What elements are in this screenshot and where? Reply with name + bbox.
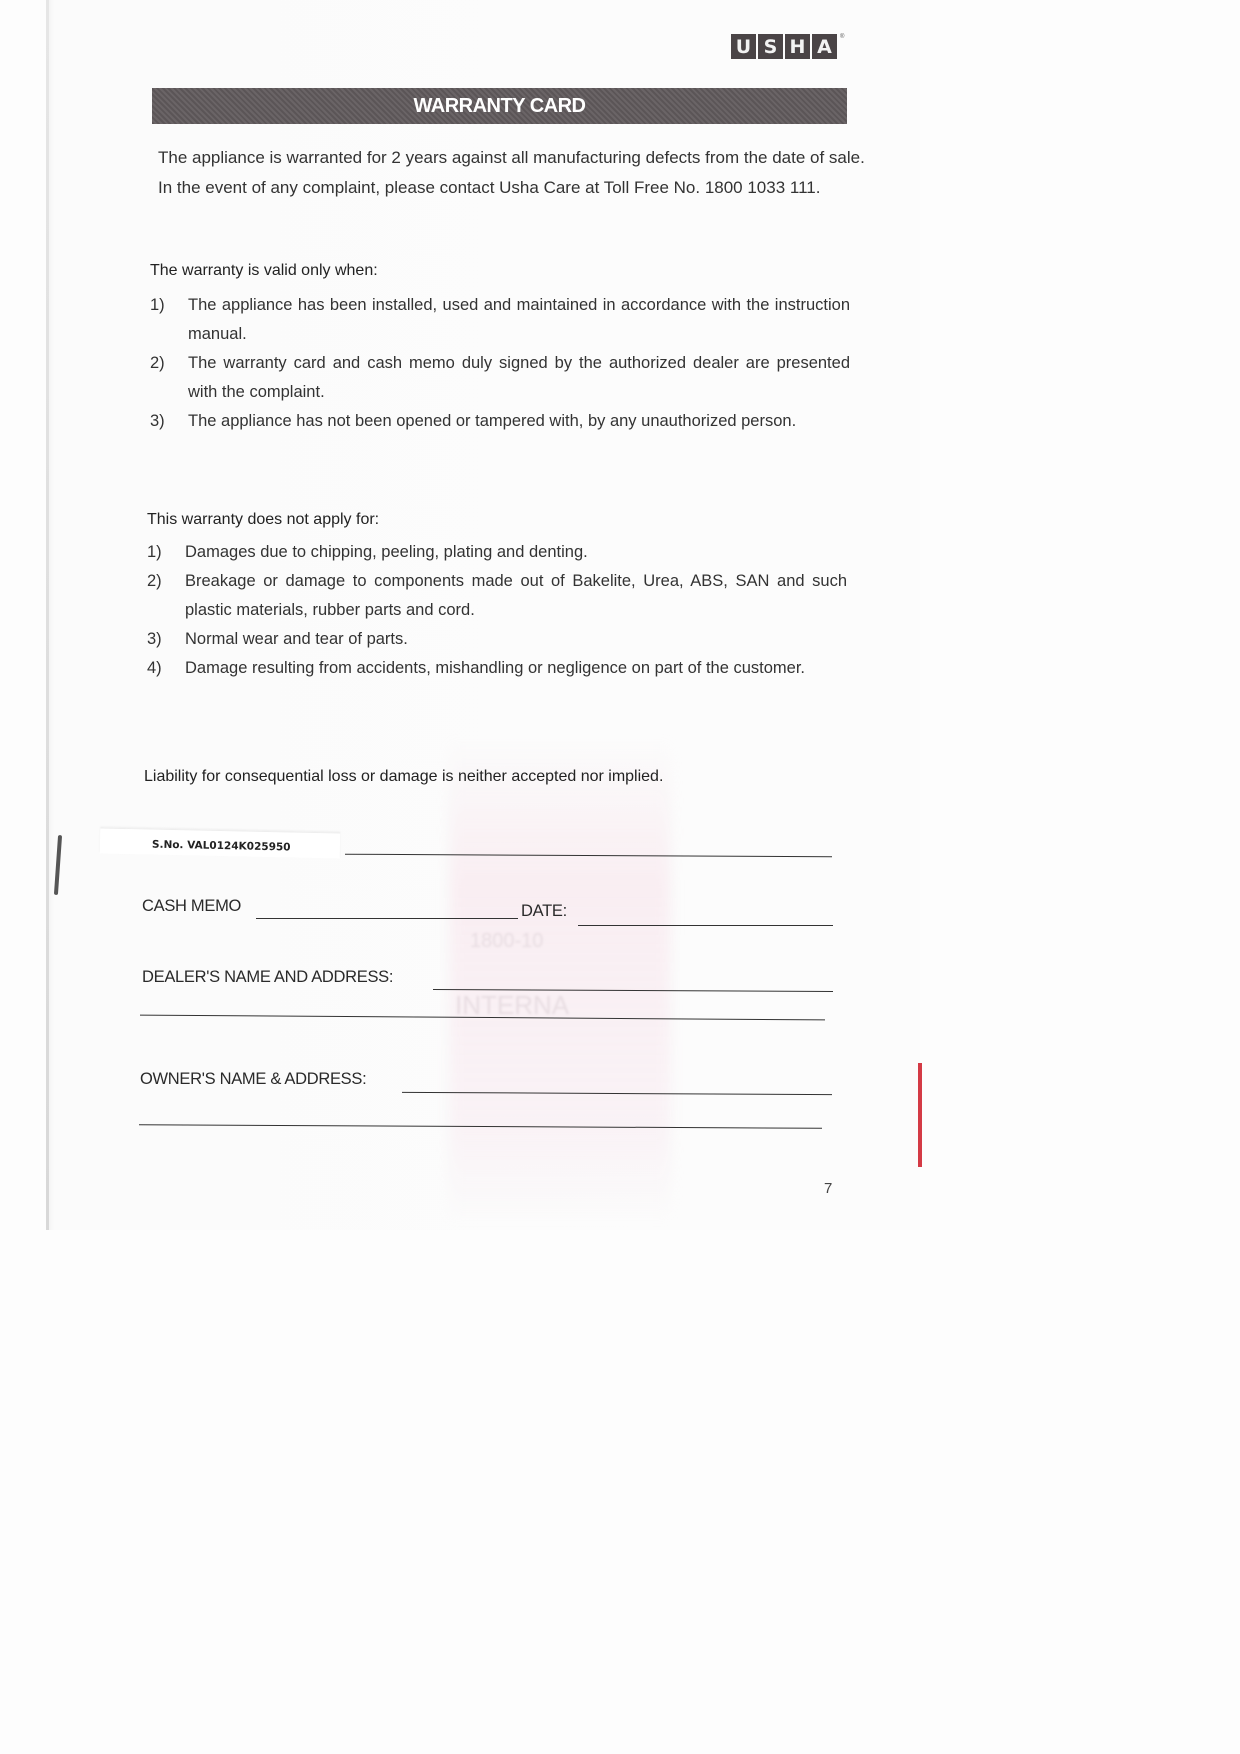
serial-number-sticker: S.No. VAL0124K025950 [100, 827, 340, 858]
list-text: Breakage or damage to components made ou… [185, 572, 847, 619]
list-number: 1) [147, 538, 162, 567]
owner-label: OWNER'S NAME & ADDRESS: [140, 1070, 366, 1089]
page-left-edge [46, 0, 49, 1230]
red-edge-mark [918, 1063, 922, 1167]
logo-letter: U [731, 34, 756, 59]
title-banner: WARRANTY CARD [152, 88, 847, 124]
list-number: 4) [147, 654, 162, 683]
list-number: 3) [150, 407, 165, 436]
list-item: 4) Damage resulting from accidents, mish… [147, 654, 847, 683]
list-item: 1) The appliance has been installed, use… [150, 291, 850, 349]
page-title: WARRANTY CARD [413, 95, 585, 118]
logo-letter: A [812, 34, 837, 59]
logo-letter: S [758, 34, 783, 59]
date-field[interactable] [578, 925, 833, 926]
intro-paragraph: The appliance is warranted for 2 years a… [158, 143, 868, 203]
list-item: 2) The warranty card and cash memo duly … [150, 349, 850, 407]
page-number: 7 [824, 1180, 832, 1197]
list-item: 2) Breakage or damage to components made… [147, 567, 847, 625]
dealer-label: DEALER'S NAME AND ADDRESS: [142, 968, 393, 987]
cash-memo-label: CASH MEMO [142, 897, 241, 916]
registered-mark: ® [840, 34, 844, 59]
list-text: The warranty card and cash memo duly sig… [188, 354, 850, 401]
ghost-text: 1800-10 [470, 930, 543, 953]
cash-memo-field[interactable] [256, 918, 518, 919]
list-number: 2) [150, 349, 165, 378]
list-text: The appliance has been installed, used a… [188, 296, 850, 343]
list-text: Normal wear and tear of parts. [185, 630, 408, 648]
list-number: 1) [150, 291, 165, 320]
list-text: Damages due to chipping, peeling, platin… [185, 543, 588, 561]
list-item: 3) Normal wear and tear of parts. [147, 625, 847, 654]
valid-conditions-list: 1) The appliance has been installed, use… [150, 291, 850, 436]
usha-logo: U S H A ® [731, 34, 844, 59]
list-number: 2) [147, 567, 162, 596]
liability-statement: Liability for consequential loss or dama… [144, 768, 663, 786]
list-text: The appliance has not been opened or tam… [188, 412, 796, 430]
valid-heading: The warranty is valid only when: [150, 262, 378, 280]
show-through-ghost [450, 740, 670, 1220]
list-text: Damage resulting from accidents, mishand… [185, 659, 805, 677]
list-item: 1) Damages due to chipping, peeling, pla… [147, 538, 847, 567]
logo-letter: H [785, 34, 810, 59]
list-item: 3) The appliance has not been opened or … [150, 407, 850, 436]
list-number: 3) [147, 625, 162, 654]
date-label: DATE: [521, 902, 567, 921]
exclusions-list: 1) Damages due to chipping, peeling, pla… [147, 538, 847, 683]
exclusions-heading: This warranty does not apply for: [147, 511, 379, 529]
